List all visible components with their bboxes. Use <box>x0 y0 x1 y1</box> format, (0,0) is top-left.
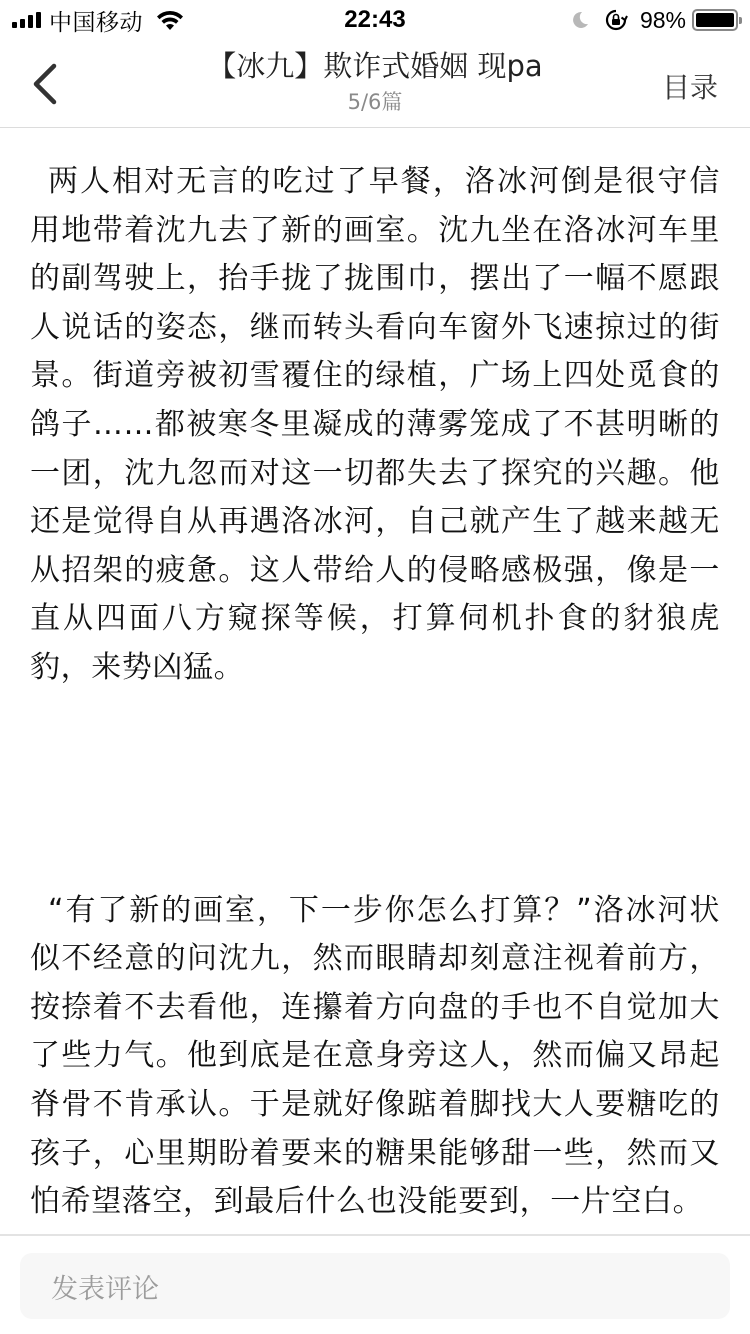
status-bar: 中国移动 22:43 98% <box>0 0 750 40</box>
paragraph: 两人相对无言的吃过了早餐，洛冰河倒是很守信用地带着沈九去了新的画室。沈九坐在洛冰… <box>30 158 720 693</box>
back-button[interactable] <box>24 60 64 108</box>
page-title: 【冰九】欺诈式婚姻 现pa <box>100 44 650 85</box>
nav-bar: 【冰九】欺诈式婚姻 现pa 5/6篇 目录 <box>0 40 750 128</box>
status-right: 98% <box>570 6 738 34</box>
orientation-lock-icon <box>604 8 628 32</box>
chapter-progress: 5/6篇 <box>100 86 650 116</box>
paragraph: “有了新的画室，下一步你怎么打算？”洛冰河状似不经意的问沈九，然而眼睛却刻意注视… <box>30 887 720 1227</box>
moon-icon <box>570 10 590 30</box>
battery-icon <box>692 9 738 31</box>
comment-bar: 发表评论 <box>0 1234 750 1334</box>
battery-percent: 98% <box>640 7 686 34</box>
article-content[interactable]: 两人相对无言的吃过了早餐，洛冰河倒是很守信用地带着沈九去了新的画室。沈九坐在洛冰… <box>0 128 750 1234</box>
chevron-left-icon <box>30 62 58 106</box>
comment-input[interactable]: 发表评论 <box>20 1253 730 1319</box>
table-of-contents-button[interactable]: 目录 <box>662 66 718 106</box>
